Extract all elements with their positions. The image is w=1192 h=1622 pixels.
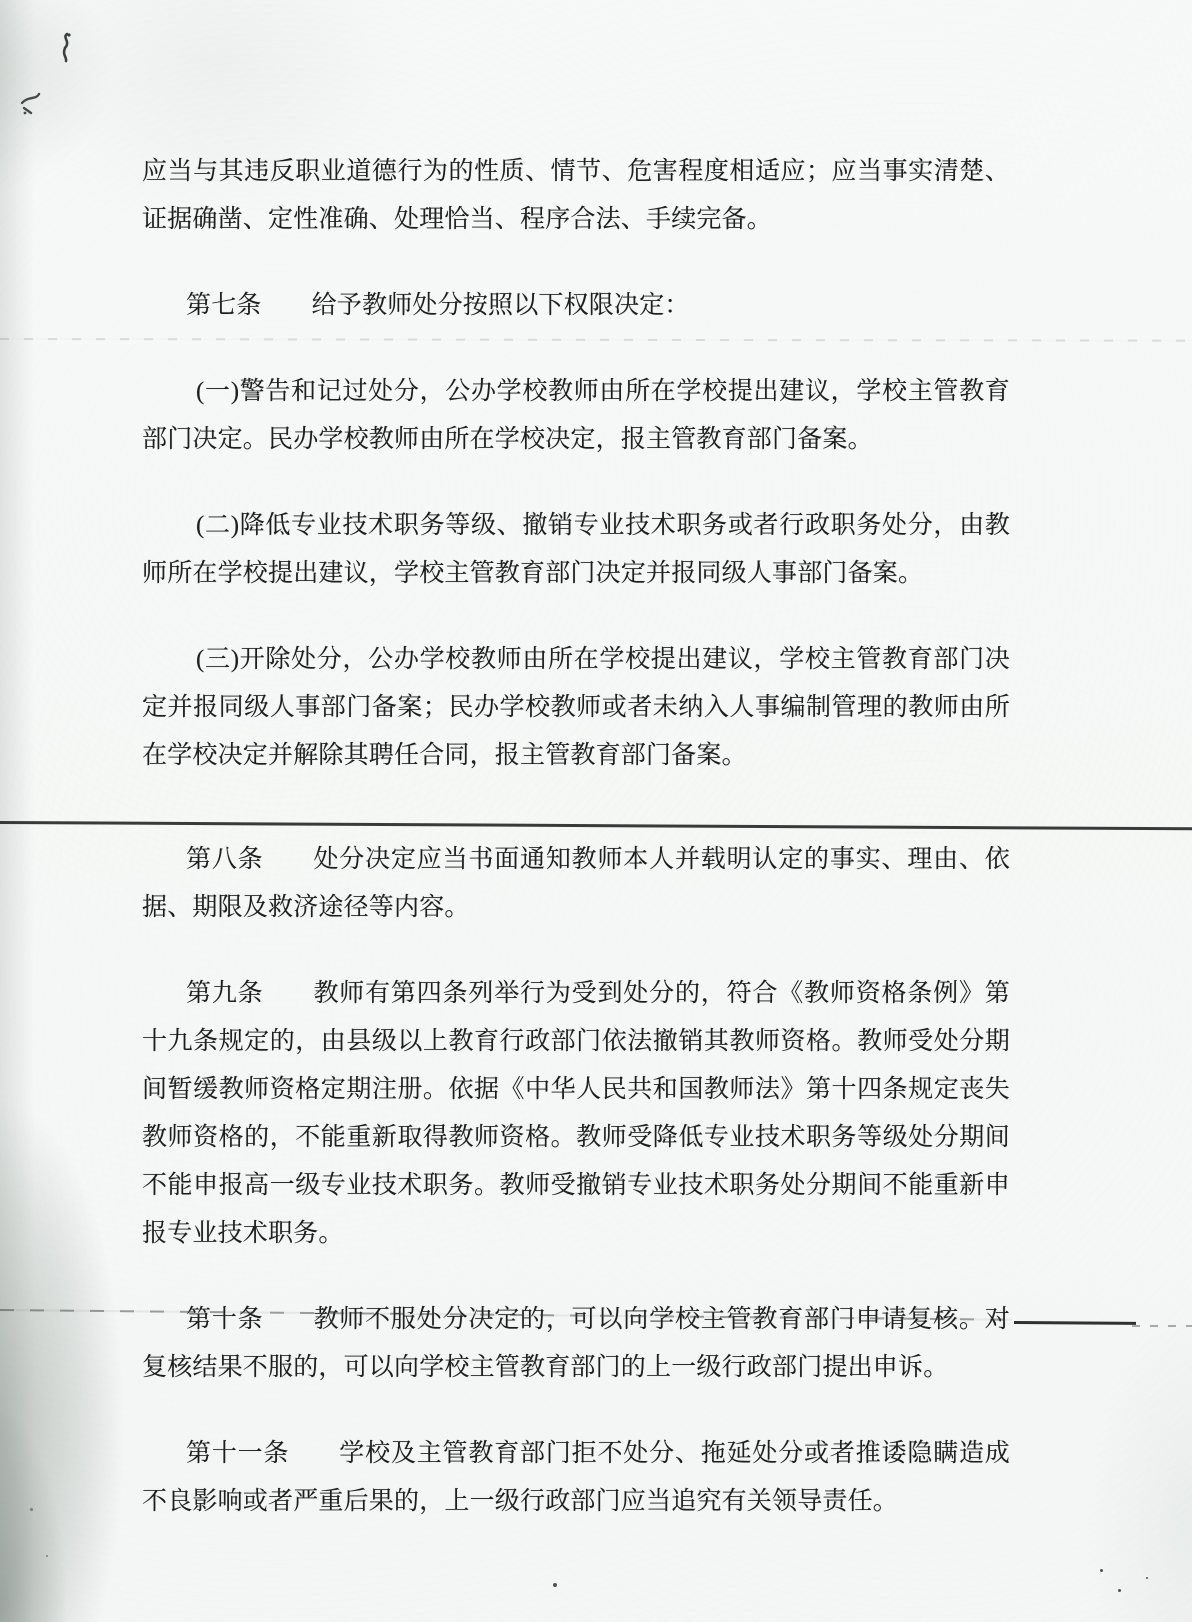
- article-11-number: 第十一条: [186, 1440, 289, 1467]
- paragraph-text: (三)开除处分，公办学校教师由所在学校提出建议，学校主管教育部门决定并报同级人事…: [142, 646, 1010, 769]
- ink-speck: [1118, 1589, 1121, 1592]
- ink-speck: [1146, 1577, 1148, 1579]
- paragraph-text: 处分决定应当书面通知教师本人并载明认定的事实、理由、依据、期限及救济途径等内容。: [142, 846, 1010, 921]
- paragraph-text: (二)降低专业技术职务等级、撤销专业技术职务或者行政职务处分，由教师所在学校提出…: [142, 512, 1010, 587]
- scanned-document-page: { "page": { "background": "#f5f7f6", "in…: [0, 0, 1192, 1622]
- ink-speck: [46, 1555, 48, 1557]
- article-7-number: 第七条: [186, 292, 262, 319]
- ink-speck: [30, 1508, 33, 1511]
- ink-smudge-mark: [16, 86, 48, 120]
- ink-speck: [1100, 1569, 1103, 1572]
- document-text: 应当与其违反职业道德行为的性质、情节、危害程度相适应；应当事实清楚、证据确凿、定…: [142, 148, 1010, 1564]
- ink-speck: [553, 1583, 557, 1587]
- paragraph-article-8: 第八条处分决定应当书面通知教师本人并载明认定的事实、理由、依据、期限及救济途径等…: [142, 836, 1010, 932]
- paragraph-item-3: (三)开除处分，公办学校教师由所在学校提出建议，学校主管教育部门决定并报同级人事…: [142, 636, 1010, 780]
- article-10-number: 第十条: [186, 1306, 263, 1333]
- paragraph-text: 教师有第四条列举行为受到处分的，符合《教师资格条例》第十九条规定的，由县级以上教…: [142, 980, 1010, 1247]
- paragraph-text: 给予教师处分按照以下权限决定：: [312, 292, 690, 319]
- paragraph-article-11: 第十一条学校及主管教育部门拒不处分、拖延处分或者推诿隐瞒造成不良影响或者严重后果…: [142, 1430, 1010, 1526]
- paragraph-article-7: 第七条给予教师处分按照以下权限决定：: [142, 282, 1010, 330]
- paragraph-article-9: 第九条教师有第四条列举行为受到处分的，符合《教师资格条例》第十九条规定的，由县级…: [142, 970, 1010, 1258]
- paragraph-text: (一)警告和记过处分，公办学校教师由所在学校提出建议，学校主管教育部门决定。民办…: [142, 378, 1010, 453]
- article-8-number: 第八条: [186, 846, 263, 873]
- paragraph-continuation: 应当与其违反职业道德行为的性质、情节、危害程度相适应；应当事实清楚、证据确凿、定…: [142, 148, 1010, 244]
- article-9-number: 第九条: [186, 980, 263, 1007]
- scan-streak-line-dashes: [1132, 1325, 1192, 1327]
- paragraph-text: 教师不服处分决定的，可以向学校主管教育部门申请复核。对复核结果不服的，可以向学校…: [142, 1306, 1010, 1381]
- paragraph-article-10: 第十条教师不服处分决定的，可以向学校主管教育部门申请复核。对复核结果不服的，可以…: [142, 1296, 1010, 1392]
- paragraph-item-1: (一)警告和记过处分，公办学校教师由所在学校提出建议，学校主管教育部门决定。民办…: [142, 368, 1010, 464]
- paragraph-item-2: (二)降低专业技术职务等级、撤销专业技术职务或者行政职务处分，由教师所在学校提出…: [142, 502, 1010, 598]
- scan-streak-line-dark-segment: [1014, 1321, 1136, 1325]
- paragraph-text: 应当与其违反职业道德行为的性质、情节、危害程度相适应；应当事实清楚、证据确凿、定…: [142, 158, 1010, 233]
- ink-smudge-mark: [50, 28, 84, 68]
